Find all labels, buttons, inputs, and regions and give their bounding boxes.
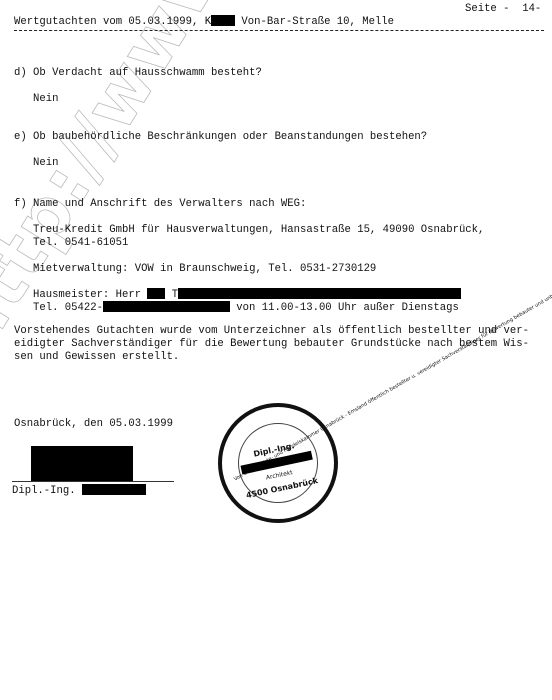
section-d-label: d) (14, 67, 27, 80)
redacted-phone (103, 301, 230, 312)
rental-administration: Mietverwaltung: VOW in Braunschweig, Tel… (33, 263, 376, 276)
redacted-name (211, 15, 235, 26)
header-title-prefix: Wertgutachten vom 05.03.1999, K (14, 16, 211, 28)
caretaker-phone-prefix: Tel. 05422- (33, 302, 103, 314)
section-d-question: Ob Verdacht auf Hausschwamm besteht? (33, 67, 262, 80)
signature-line (12, 481, 174, 482)
redacted-surname (178, 288, 461, 299)
redacted-firstname (147, 288, 165, 299)
caretaker-hours: von 11.00-13.00 Uhr außer Dienstags (230, 302, 459, 314)
section-e-question: Ob baubehördliche Beschränkungen oder Be… (33, 131, 427, 144)
caretaker-label: Hausmeister: Herr (33, 289, 147, 301)
closing-line-2: eidigter Sachverständiger für die Bewert… (14, 338, 529, 351)
caretaker-line: Hausmeister: Herr T (33, 288, 461, 302)
manager-address-line1: Treu-Kredit GmbH für Hausverwaltungen, H… (33, 224, 484, 237)
section-f-label: f) (14, 198, 27, 211)
caretaker-initial: T (165, 289, 178, 301)
manager-address-line2: Tel. 0541-61051 (33, 237, 128, 250)
section-e-label: e) (14, 131, 27, 144)
document-header: Wertgutachten vom 05.03.1999, K Von-Bar-… (14, 15, 394, 29)
caretaker-phone-line: Tel. 05422- von 11.00-13.00 Uhr außer Di… (33, 301, 459, 315)
page-number: Seite - 14- (465, 3, 541, 16)
header-divider (14, 30, 544, 31)
signer-line: Dipl.-Ing. (12, 484, 146, 498)
place-date: Osnabrück, den 05.03.1999 (14, 418, 173, 431)
section-e-answer: Nein (33, 157, 58, 170)
header-title-suffix: Von-Bar-Straße 10, Melle (235, 16, 394, 28)
section-f-question: Name und Anschrift des Verwalters nach W… (33, 198, 306, 211)
stamp-center: Dipl.-Ing. Architekt 4500 Osnabrück (218, 432, 338, 506)
official-stamp: Von der Industrie- und Handelskammer Osn… (218, 403, 338, 523)
closing-line-1: Vorstehendes Gutachten wurde vom Unterze… (14, 325, 529, 338)
redacted-signature (31, 446, 133, 482)
redacted-signer-name (82, 484, 146, 495)
signer-title: Dipl.-Ing. (12, 485, 82, 497)
closing-line-3: sen und Gewissen erstellt. (14, 351, 179, 364)
section-d-answer: Nein (33, 93, 58, 106)
